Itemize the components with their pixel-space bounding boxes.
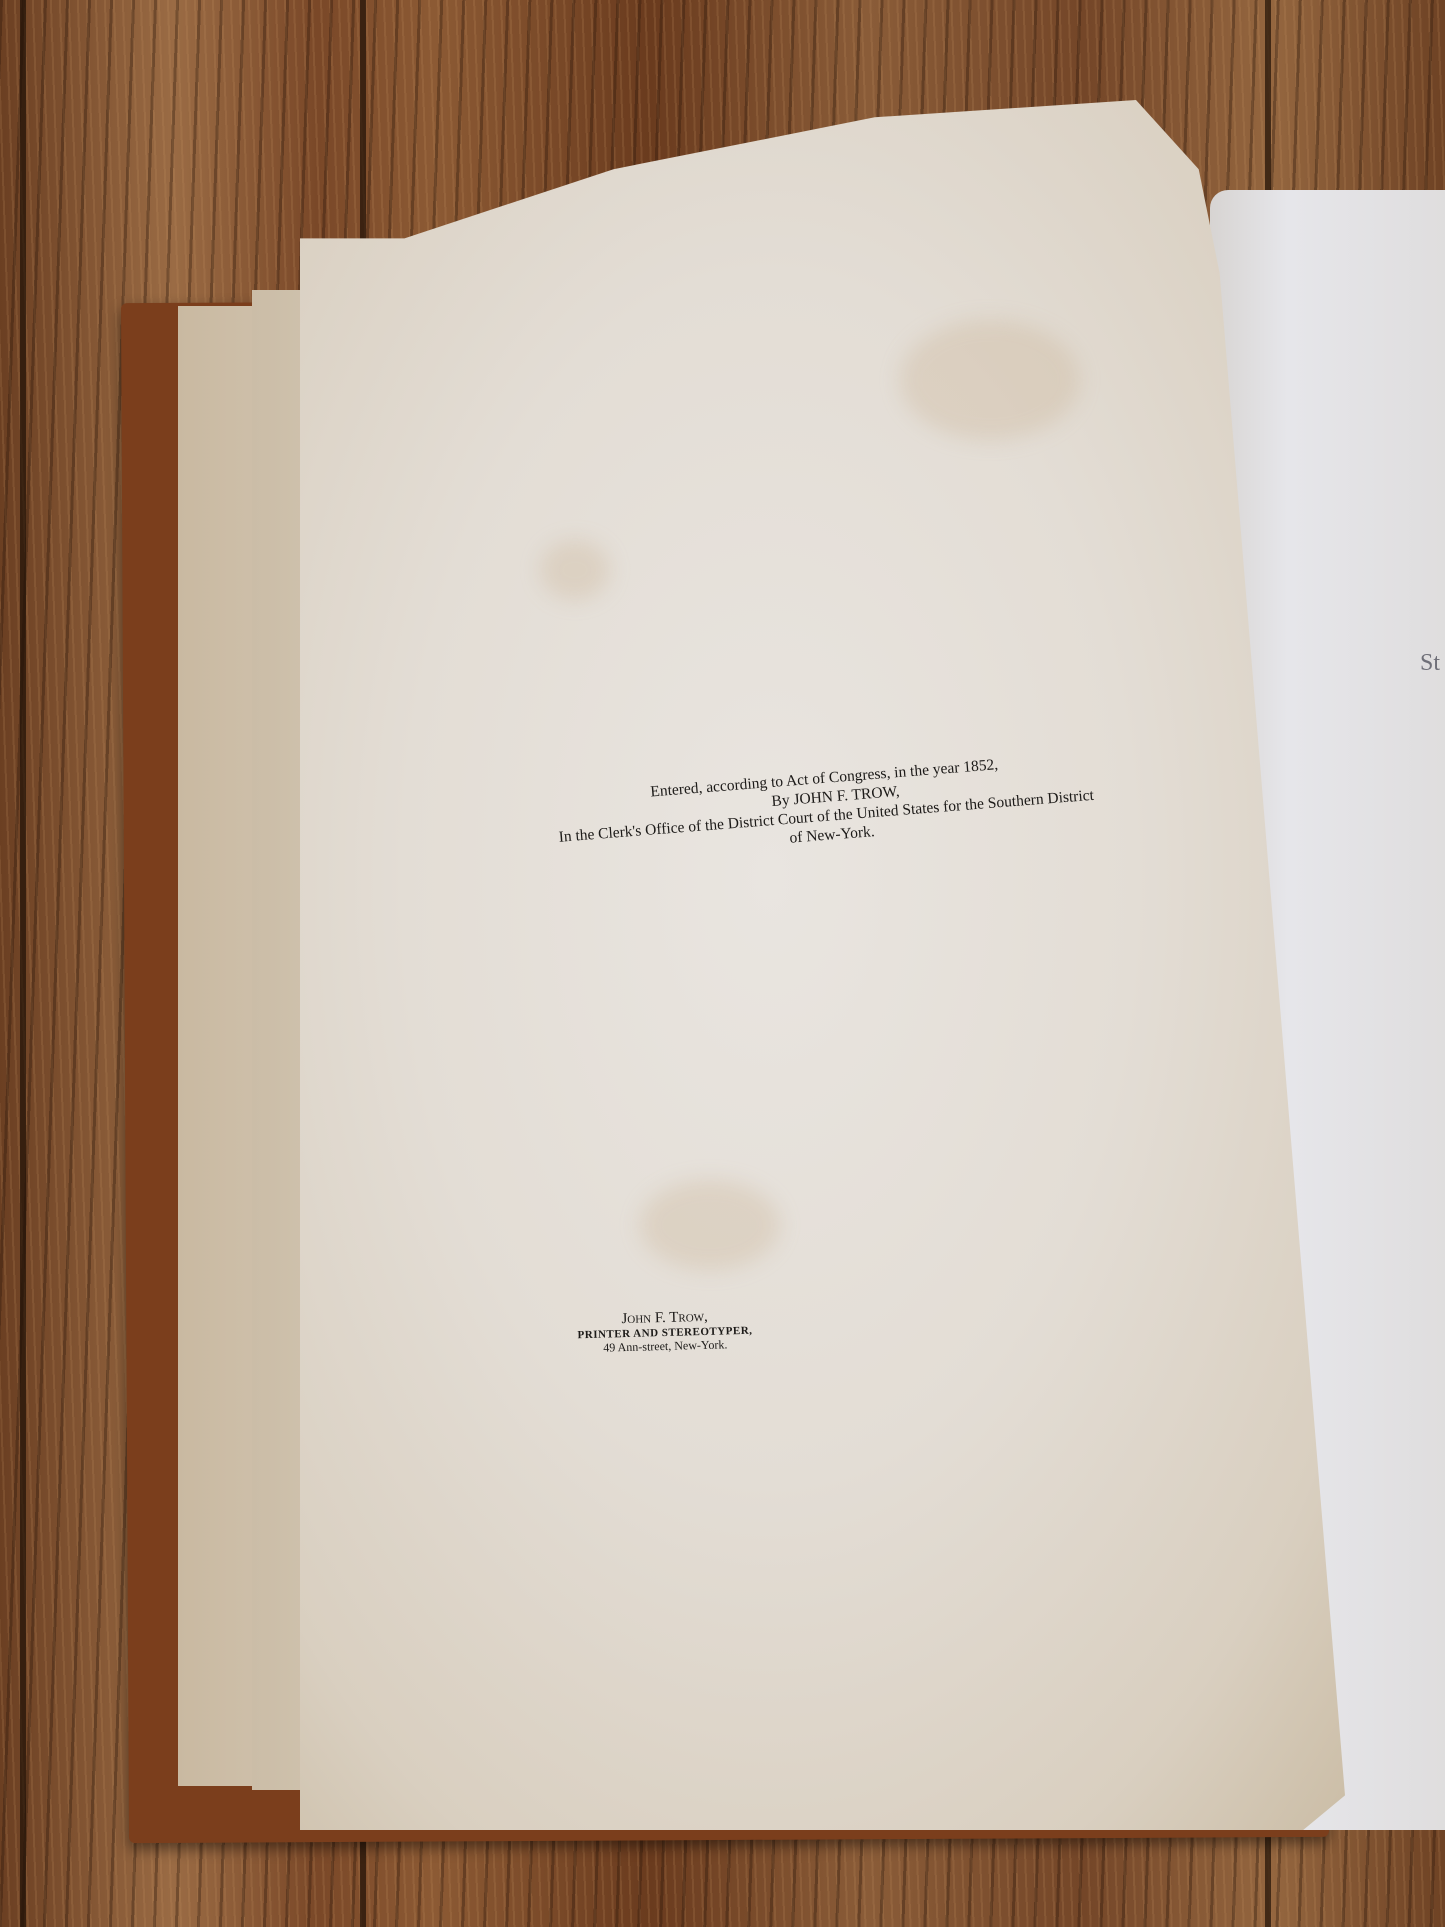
copyright-page [300, 100, 1345, 1830]
foxing-stain [540, 540, 610, 600]
plank-gap [20, 0, 26, 1927]
right-page-partial-text: St [1420, 650, 1440, 677]
foxing-stain [640, 1180, 780, 1270]
foxing-stain [900, 320, 1080, 440]
printer-imprint: John F. Trow, PRINTER AND STEREOTYPER, 4… [554, 1307, 775, 1357]
